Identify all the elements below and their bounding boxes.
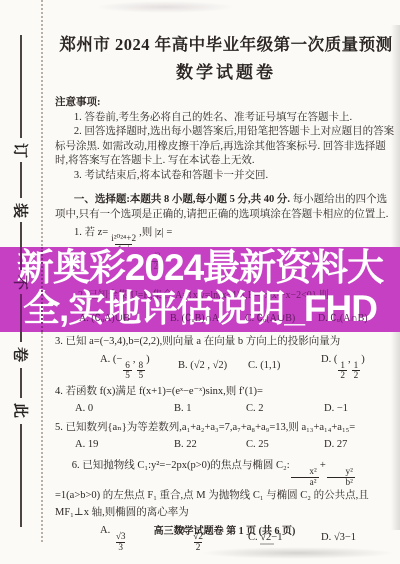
q3-option-a: A. (−65,85) [100,353,178,381]
q6-f2-den: b² [327,477,355,488]
watermark-text-line1: 新奥彩2024最新资料大 [0,248,400,288]
q6-f2-num: y² [327,467,355,477]
q6b-den: 2 [194,542,203,553]
binding-line-segment [20,332,22,342]
question-4-text: 4. 若函数 f(x)满足 f(x+1)=(eˣ−e⁻ˣ)sinx,则 f′(1… [55,385,396,400]
q2-option-d: D. ∁ᵤ(A∩B) [318,313,368,324]
binding-line-segment [20,368,22,398]
q6-frac-y2b2: y²b² [327,467,355,487]
notice-item-3: 3. 考试结束后,将本试卷和答题卡一并交回. [55,169,395,184]
q4-option-a: A. 0 [75,402,174,417]
question-3-options: A. (−65,85) B. (√2 , √2) C. (1,1) D. (12… [55,353,396,381]
exam-title-line1: 郑州市 2024 年高中毕业年级第一次质量预测 [56,31,396,55]
question-6-text: 6. 已知抛物线 C₁:y²=−2px(p>0)的焦点与椭圆 C₂:x²a²+y… [55,457,396,521]
q5-option-c: C. 25 [246,438,324,453]
question-5-text: 5. 已知数列{aₙ}为等差数列,a₁+a₂+a₃=7,a₇+a₈+a₉=13,… [55,421,396,436]
q3a-f1-num: 6 [123,361,132,371]
q2-option-b: B. (∁ᵤB)∩A [170,313,245,324]
q3a-f2-den: 5 [137,370,146,381]
q3d-f1-num: 1 [338,361,347,371]
notice-heading: 注意事项: [55,96,395,111]
q3d-f2-den: 2 [352,370,361,381]
q3a-lead: A. (− [100,354,122,365]
section1-intro-bold: 一、选择题:本题共 8 小题,每小题 5 分,共 40 分. [74,194,290,205]
question-5-options: A. 19 B. 22 C. 25 D. 27 [55,438,396,453]
perforation-dotted-line-over-banner [41,247,43,332]
q6-text-1: 6. 已知抛物线 C₁:y²=−2px(p>0)的焦点与椭圆 C₂: [72,460,290,471]
q3-option-d: D. (12,12) [321,353,365,381]
q3a-comma: , [133,354,136,365]
q3-option-b: B. (√2 , √2) [178,359,248,374]
q5-option-a: A. 19 [75,438,174,453]
exam-title-line2: 数学试题卷 [56,58,396,83]
notice-section: 注意事项: 1. 答卷前,考生务必将自己的姓名、准考证号填写在答题卡上. 2. … [55,96,395,183]
q3a-f1-den: 5 [123,370,132,381]
question-3-text: 3. 已知 a=(−3,4),b=(2,2),则向量 a 在向量 b 方向上的投… [55,335,396,350]
q1-frac-num: i²⁰²⁴+2 [109,234,138,244]
q3d-comma: , [348,354,351,365]
binding-line-segment [20,222,22,247]
binding-line-segment [20,294,22,332]
q4-option-d: D. −1 [324,402,348,417]
q3d-f2-num: 1 [352,361,361,371]
q3-option-c: C. (1,1) [248,359,321,374]
watermark-ad-banner: √22 2. 已知全集 U=R,集合 A={x|y=ln(x−1)},B={x|… [0,247,400,332]
q6-f1-num: x² [291,467,319,477]
occluded-question-2-options: A. (∁ᵤA)∪B B. (∁ᵤB)∩A C. ∁ᵤ(A∪B) D. ∁ᵤ(A… [55,313,400,324]
binding-char-ci: 此 [11,402,32,420]
section1-intro: 一、选择题:本题共 8 小题,每小题 5 分,共 40 分. 每小题给出的四个选… [55,192,395,222]
binding-line-segment [20,247,22,270]
q6-text-3: 的左焦点 F₁ 重合,点 M 为抛物线 C₁ 与椭圆 C₂ 的公共点,且 MF₁… [55,490,369,518]
q3d-frac1: 12 [338,361,347,381]
q3d-f1-den: 2 [338,370,347,381]
binding-line-segment [20,162,22,198]
binding-char-bu: 不 [11,274,32,292]
binding-char-ding: 订 [11,142,32,160]
q3a-frac1: 65 [123,361,132,381]
q4-option-b: B. 1 [174,402,246,417]
q4-option-c: C. 2 [246,402,324,417]
q6-plus: + [320,460,326,471]
q6-text-2: =1(a>b>0) [55,490,100,501]
q3d-close: ) [361,354,365,365]
paper-top-smudge [95,1,235,13]
q3d-frac2: 12 [352,361,361,381]
q2-option-a: A. (∁ᵤA)∪B [79,313,170,324]
exam-paper-photo: 订 装 不 卷 此 郑州市 2024 年高中毕业年级第一次质量预测 数学试题卷 … [0,0,400,564]
q2-option-c: C. ∁ᵤ(A∪B) [245,313,318,324]
q6-f1-den: a² [291,477,319,488]
page-footer: 高三数学试题卷 第 1 页 (共 6 页) [52,522,397,537]
q5-option-b: B. 22 [174,438,246,453]
q6a-den: 3 [116,542,125,553]
binding-char-juan: 卷 [11,346,32,364]
q1-lead: 1. 若 z= [55,227,108,238]
q3a-f2-num: 8 [137,361,146,371]
q5-option-d: D. 27 [324,438,347,453]
notice-item-2: 2. 回答选择题时,选出每小题答案后,用铅笔把答题卡上对应题目的答案标号涂黑. … [55,125,395,169]
binding-line-segment [20,424,22,527]
notice-item-1: 1. 答卷前,考生务必将自己的姓名、准考证号填写在答题卡上. [55,111,395,126]
q1-tail: ,则 |z| = [139,227,172,238]
q3a-frac2: 85 [137,361,146,381]
binding-char-zhuang: 装 [11,202,32,220]
q6-frac-x2a2: x²a² [291,467,319,487]
binding-line-segment [20,35,22,138]
q3a-close: ) [146,354,150,365]
question-4-options: A. 0 B. 1 C. 2 D. −1 [55,402,396,417]
q3d-lead: D. ( [321,354,337,365]
